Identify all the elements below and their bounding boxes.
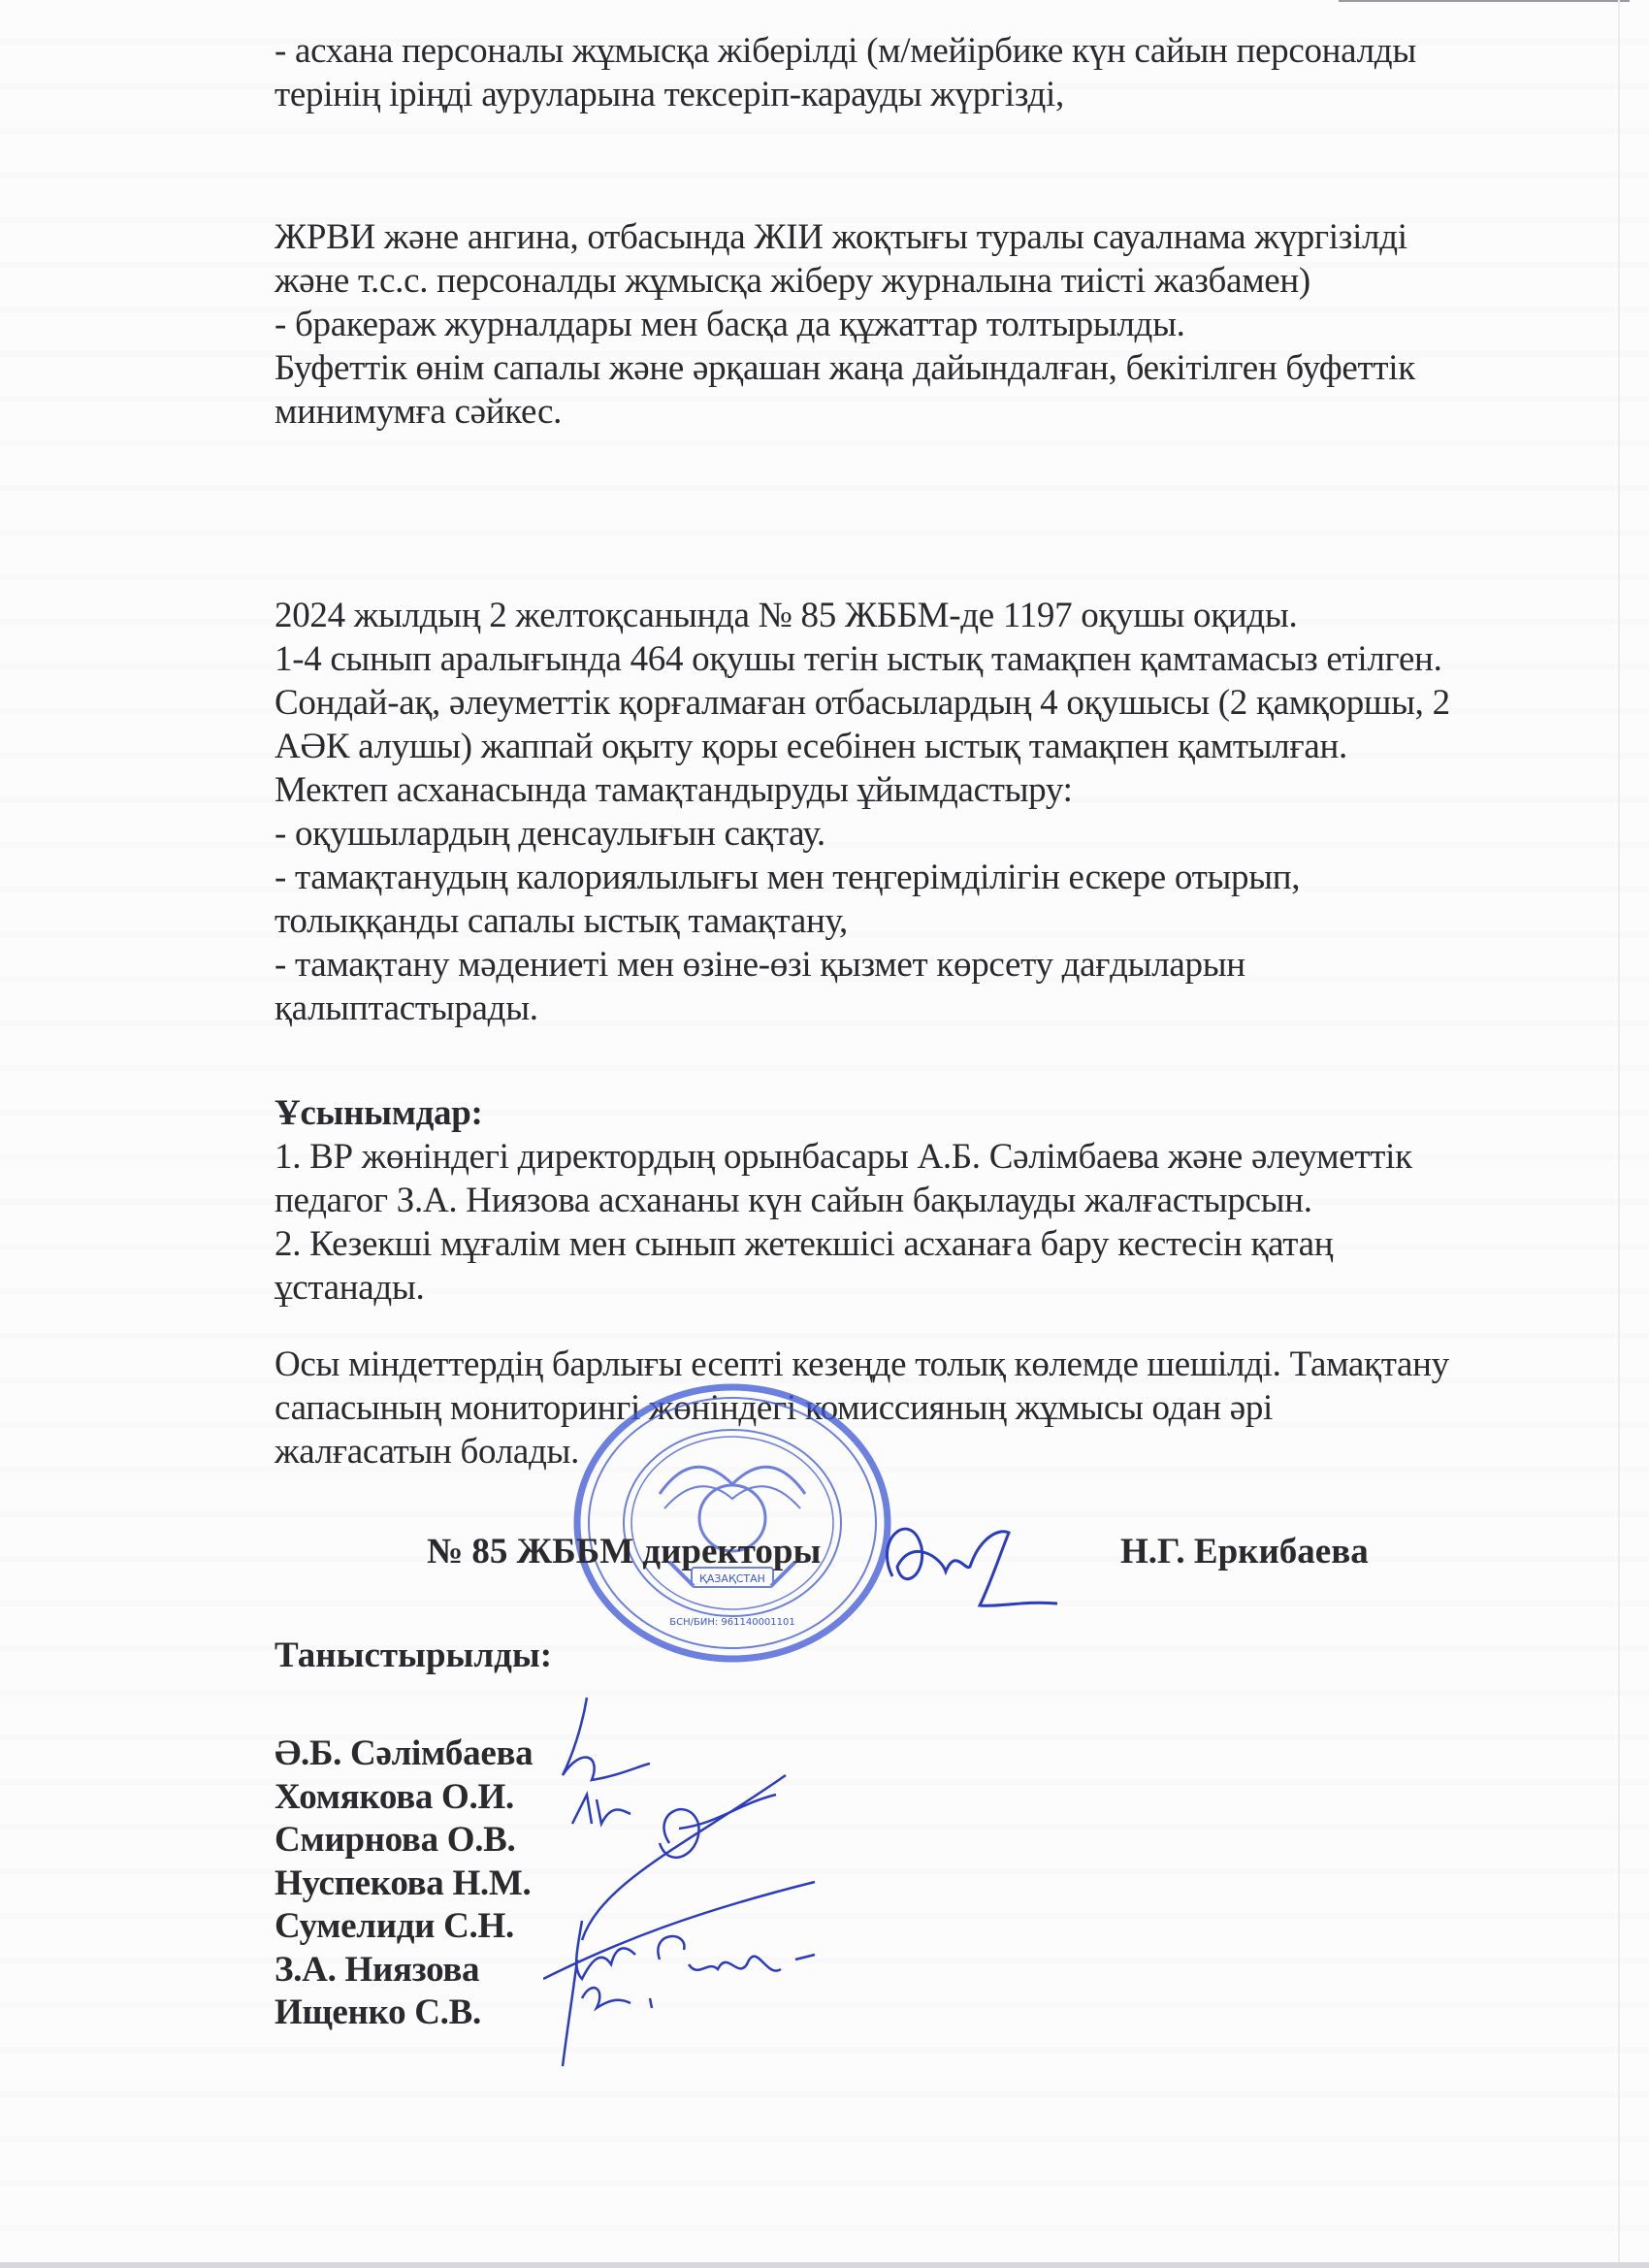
text-line: сапасының мониторингі жөніндегі комиссия… [275, 1386, 1565, 1430]
text-line: Сондай-ақ, әлеуметтік қорғалмаған отбасы… [275, 681, 1565, 725]
text-line: АӘК алушы) жаппай оқыту қоры есебінен ыс… [275, 725, 1565, 768]
recommendations-heading: Ұсынымдар: [275, 1091, 1565, 1135]
scan-edge-top [1339, 0, 1630, 2]
text-line: минимумға сәйкес. [275, 390, 1565, 434]
paragraph-staff: - асхана персоналы жұмысқа жіберілді (м/… [275, 29, 1565, 116]
acknowledged-name: Смирнова О.В. [275, 1819, 533, 1863]
text-line: толыққанды сапалы ыстық тамақтану, [275, 899, 1565, 943]
text-line: терінің іріңді ауруларына тексеріп-карау… [275, 73, 1565, 116]
text-line: - тамақтанудың калориялылығы мен теңгері… [275, 856, 1565, 899]
text-line: ЖРВИ және ангина, отбасында ЖІИ жоқтығы … [275, 215, 1565, 259]
text-line: және т.с.с. персоналды жұмысқа жіберу жу… [275, 259, 1565, 303]
scan-edge-right [1618, 0, 1620, 2268]
acknowledged-list: Ә.Б. Сәлімбаева Хомякова О.И. Смирнова О… [275, 1733, 533, 2035]
director-signature-row: № 85 ЖББМ директоры Н.Г. Еркибаева [275, 1531, 1565, 1579]
acknowledged-name: Нуспекова Н.М. [275, 1863, 533, 1906]
acknowledged-name: Хомякова О.И. [275, 1776, 533, 1820]
text-line: қалыптастырады. [275, 987, 1565, 1030]
acknowledged-heading: Таныстырылды: [275, 1635, 552, 1676]
text-line: Буфеттік өнім сапалы және әрқашан жаңа д… [275, 346, 1565, 390]
acknowledged-name: Сумелиди С.Н. [275, 1905, 533, 1949]
paragraph-students: 2024 жылдың 2 желтоқсанында № 85 ЖББМ-де… [275, 594, 1565, 1030]
recommendations-section: Ұсынымдар: 1. ВР жөніндегі директордың о… [275, 1091, 1565, 1310]
text-line: 2024 жылдың 2 желтоқсанында № 85 ЖББМ-де… [275, 594, 1565, 637]
text-line: жалғасатын болады. [275, 1430, 1565, 1474]
stamp-bin-text: БСН/БИН: 961140001101 [669, 1617, 795, 1628]
text-line: - бракераж журналдары мен басқа да құжат… [275, 303, 1565, 346]
scanned-document-page: - асхана персоналы жұмысқа жіберілді (м/… [0, 0, 1649, 2268]
text-line: - тамақтану мәдениеті мен өзіне-өзі қызм… [275, 943, 1565, 987]
director-title: № 85 ЖББМ директоры [427, 1531, 821, 1572]
text-line: - асхана персоналы жұмысқа жіберілді (м/… [275, 29, 1565, 73]
text-line: Осы міндеттердің барлығы есепті кезеңде … [275, 1343, 1565, 1386]
acknowledged-name: Ищенко С.В. [275, 1992, 533, 2035]
acknowledged-name: З.А. Ниязова [275, 1949, 533, 1993]
scan-edge-bottom [0, 2262, 1649, 2268]
acknowledged-name: Ә.Б. Сәлімбаева [275, 1733, 533, 1776]
text-line: 2. Кезекші мұғалім мен сынып жетекшісі а… [275, 1222, 1565, 1266]
text-line: 1. ВР жөніндегі директордың орынбасары А… [275, 1135, 1565, 1179]
director-name: Н.Г. Еркибаева [1120, 1531, 1369, 1572]
conclusion-paragraph: Осы міндеттердің барлығы есепті кезеңде … [275, 1343, 1565, 1474]
staff-signatures-icon [543, 1688, 951, 2066]
text-line: педагог З.А. Ниязова асхананы күн сайын … [275, 1179, 1565, 1222]
text-line: Мектеп асханасында тамақтандыруды ұйымда… [275, 768, 1565, 812]
text-line: - оқушылардың денсаулығын сақтау. [275, 812, 1565, 856]
text-line: ұстанады. [275, 1266, 1565, 1310]
paragraph-survey: ЖРВИ және ангина, отбасында ЖІИ жоқтығы … [275, 215, 1565, 434]
text-line: 1-4 сынып аралығында 464 оқушы тегін ыст… [275, 637, 1565, 681]
